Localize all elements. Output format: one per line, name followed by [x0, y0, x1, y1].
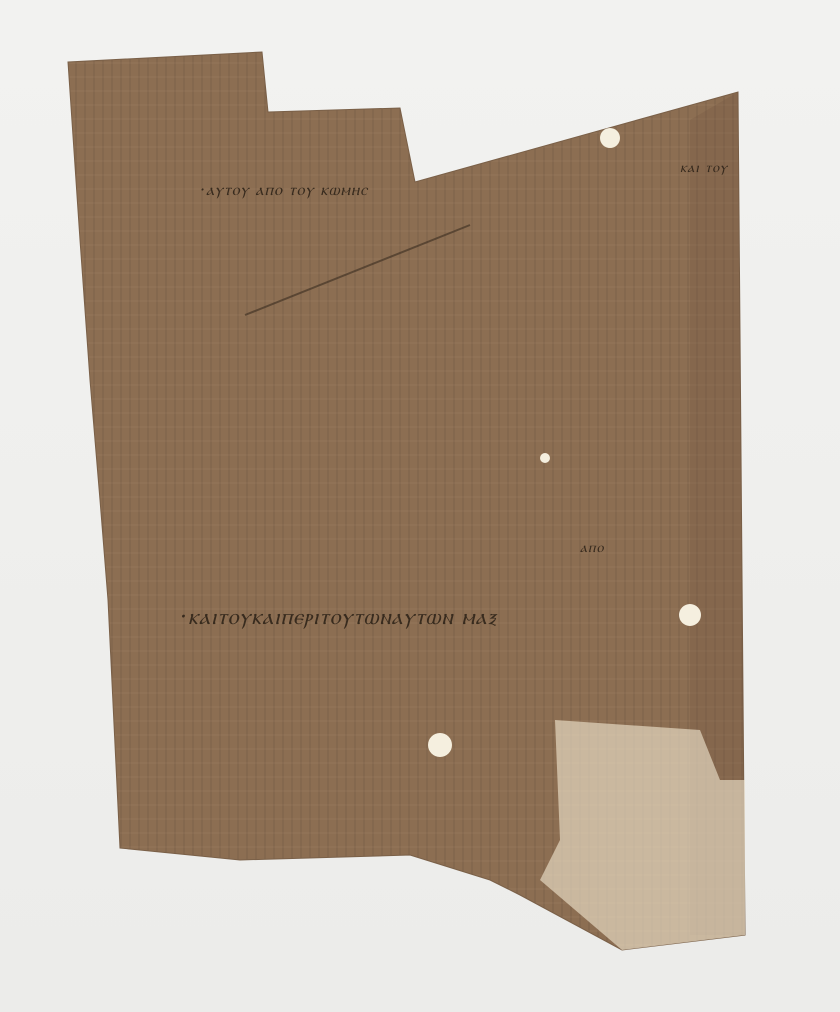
ink-line-right-top: ⲕⲁⲓ ⲧⲟⲩ	[680, 160, 728, 176]
papyrus-fragment	[0, 0, 840, 1012]
ink-line-main: ·ⲕⲁⲓⲧⲟⲩⲕⲁⲓⲡⲉⲣⲓⲧⲟⲩⲧⲱⲛⲁⲩⲧⲱⲛ ⲙⲁⲝ	[180, 605, 497, 630]
ink-line-right-middle: ⲁⲡⲟ	[580, 540, 604, 556]
ink-line-top: ·ⲁⲩⲧⲟⲩ ⲁⲡⲟ ⲧⲟⲩ ⲕⲱⲙⲏⲥ	[200, 180, 368, 200]
